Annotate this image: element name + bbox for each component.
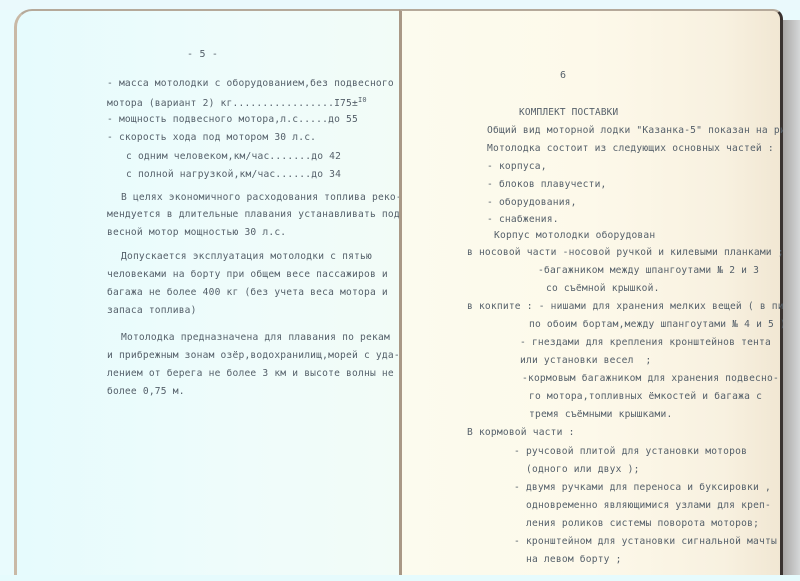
text-line: на левом борту ; <box>526 554 622 565</box>
text-line: го мотора,топливных ёмкостей и багажа с <box>529 391 762 402</box>
text-line: багажа не более 400 кг (без учета веса м… <box>107 287 388 298</box>
page-number: 6 <box>560 70 566 81</box>
text-line: в кокпите : - нишами для хранения мелких… <box>467 301 800 312</box>
tolerance-superscript: I0 <box>358 96 367 104</box>
text-line: Мотолодка состоит из следующих основных … <box>487 143 774 154</box>
text-line: В кормовой части : <box>467 427 575 438</box>
section-heading: КОМПЛЕКТ ПОСТАВКИ <box>519 107 618 118</box>
text-line: мотора (вариант 2) кг.................I7… <box>107 96 367 109</box>
text-line: и прибрежным зонам озёр,водохранилищ,мор… <box>107 350 400 361</box>
text-line: с одним человеком,км/час.......до 42 <box>126 151 341 162</box>
text-line: - масса мотолодки с оборудованием,без по… <box>107 78 394 89</box>
text-line: - снабжения. <box>487 214 559 225</box>
text-line: запаса топлива) <box>107 305 197 316</box>
text-line: - мощность подвесного мотора,л.с.....до … <box>107 114 358 125</box>
text-line: весной мотор мощностью 30 л.с. <box>107 227 286 238</box>
text-line: - скорость хода под мотором 30 л.с. <box>107 132 316 143</box>
page-number: - 5 - <box>187 49 218 60</box>
text-line: - гнездами для крепления кронштейнов тен… <box>520 337 771 348</box>
text-line: со съёмной крышкой. <box>546 283 660 294</box>
text-line: в носовой части -носовой ручкой и килевы… <box>467 247 784 258</box>
text-line: Мотолодка предназначена для плавания по … <box>121 332 390 343</box>
text-line: более 0,75 м. <box>107 386 185 397</box>
text-fragment: мотора (вариант 2) кг.................I7… <box>107 98 358 109</box>
text-line: - двумя ручками для переноса и буксировк… <box>514 482 771 493</box>
page-edge-shadow <box>783 20 800 575</box>
text-line: - оборудования, <box>487 197 577 208</box>
text-line: Допускается эксплуатация мотолодки с пят… <box>121 251 372 262</box>
text-line: мендуется в длительные плавания устанавл… <box>107 209 406 220</box>
text-line: человеками на борту при общем весе пасса… <box>107 269 388 280</box>
scan-background-bottom <box>0 575 800 581</box>
text-line: или установки весел ; <box>520 355 651 366</box>
text-line: - корпуса, <box>487 161 547 172</box>
text-line: -кормовым багажником для хранения подвес… <box>522 373 779 384</box>
text-line: (одного или двух ); <box>526 464 640 475</box>
left-page: - 5 - - масса мотолодки с оборудованием,… <box>14 9 399 575</box>
text-line: ления роликов системы поворота моторов; <box>526 518 759 529</box>
text-line: - ручсовой плитой для установки моторов <box>514 446 747 457</box>
text-line: по обоим бортам,между шпангоутами № 4 и … <box>529 319 792 330</box>
text-line: - кронштейном для установки сигнальной м… <box>514 536 777 547</box>
text-line: В целях экономичного расходования топлив… <box>121 192 402 203</box>
text-line: тремя съёмными крышками. <box>529 409 672 420</box>
right-page: 6 КОМПЛЕКТ ПОСТАВКИ Общий вид моторной л… <box>399 9 783 575</box>
text-line: лением от берега не более 3 км и высоте … <box>107 368 394 379</box>
text-line: Корпус мотолодки оборудован <box>494 230 655 241</box>
text-line: -багажником между шпангоутами № 2 и 3 <box>538 265 759 276</box>
text-line: - блоков плавучести, <box>487 179 607 190</box>
text-line: Общий вид моторной лодки "Казанка-5" пок… <box>487 125 800 136</box>
text-line: одновременно являющимися узлами для креп… <box>526 500 771 511</box>
text-line: с полной нагрузкой,км/час......до 34 <box>126 169 341 180</box>
